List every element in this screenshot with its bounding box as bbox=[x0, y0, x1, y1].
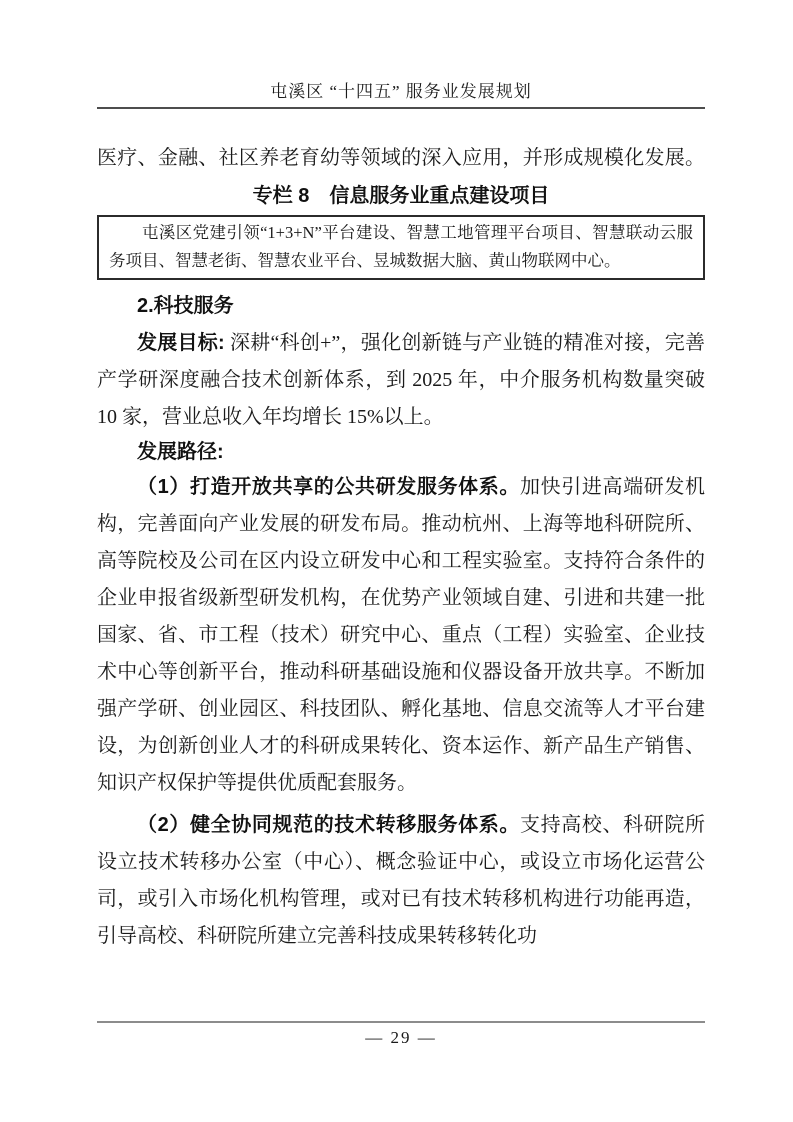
section-heading-tech-services: 2.科技服务 bbox=[97, 292, 705, 320]
document-page: 屯溪区 “十四五” 服务业发展规划 医疗、金融、社区养老育幼等领域的深入应用，并… bbox=[0, 0, 793, 1122]
item-1-text: 加快引进高端研发机构，完善面向产业发展的研发布局。推动杭州、上海等地科研院所、高… bbox=[97, 476, 705, 794]
paragraph-development-goal: 发展目标: 深耕“科创+”，强化创新链与产业链的精准对接，完善产学研深度融合技术… bbox=[97, 325, 705, 436]
page-footer: — 29 — bbox=[97, 1021, 705, 1049]
development-goal-label: 发展目标: bbox=[137, 332, 225, 354]
paragraph-item-1: （1）打造开放共享的公共研发服务体系。加快引进高端研发机构，完善面向产业发展的研… bbox=[97, 469, 705, 802]
column-8-project-box: 屯溪区党建引领“1+3+N”平台建设、智慧工地管理平台项目、智慧联动云服务项目、… bbox=[97, 215, 705, 280]
development-path-label: 发展路径: bbox=[97, 438, 705, 466]
item-2-lead: （2）健全协同规范的技术转移服务体系。 bbox=[137, 814, 520, 836]
paragraph-continuation: 医疗、金融、社区养老育幼等领域的深入应用，并形成规模化发展。 bbox=[97, 140, 705, 177]
document-title: 屯溪区 “十四五” 服务业发展规划 bbox=[270, 82, 532, 101]
page-number: — 29 — bbox=[365, 1028, 437, 1047]
item-1-lead: （1）打造开放共享的公共研发服务体系。 bbox=[137, 476, 520, 498]
paragraph-item-2: （2）健全协同规范的技术转移服务体系。支持高校、科研院所设立技术转移办公室（中心… bbox=[97, 807, 705, 955]
page-header: 屯溪区 “十四五” 服务业发展规划 bbox=[97, 82, 705, 109]
column-8-project-text: 屯溪区党建引领“1+3+N”平台建设、智慧工地管理平台项目、智慧联动云服务项目、… bbox=[109, 219, 693, 275]
column-8-heading: 专栏 8 信息服务业重点建设项目 bbox=[97, 182, 705, 210]
